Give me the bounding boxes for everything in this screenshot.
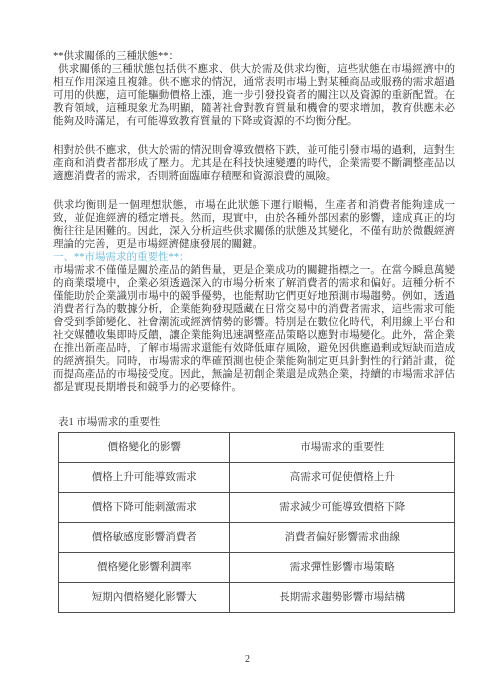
- table-row: 價格上升可能導致需求 高需求可促使價格上升: [59, 463, 455, 493]
- paragraph-equilibrium: 供求均衡則是一個理想狀態，市場在此狀態下運行順暢，生產者和消費者能夠達成一致，並…: [53, 199, 455, 251]
- table-row: 短期內價格變化影響大 長期需求趨勢影響市場結構: [59, 583, 455, 613]
- table-header-cell: 價格變化的影響: [59, 433, 230, 463]
- table-cell: 價格敏感度影響消費者: [59, 523, 230, 553]
- market-demand-table: 價格變化的影響 市場需求的重要性 價格上升可能導致需求 高需求可促使價格上升 價…: [58, 432, 455, 613]
- section-heading-market-demand: 一、**市場需求的重要性**：: [53, 251, 455, 264]
- table-cell: 高需求可促使價格上升: [230, 463, 455, 493]
- table-row: 價格敏感度影響消費者 消費者偏好影響需求曲線: [59, 523, 455, 553]
- table-header-row: 價格變化的影響 市場需求的重要性: [59, 433, 455, 463]
- table-cell: 價格變化影響利潤率: [59, 553, 230, 583]
- document-title: **供求關係的三種狀態**：: [53, 50, 455, 63]
- table-row: 價格下降可能刺激需求 需求減少可能導致價格下降: [59, 493, 455, 523]
- table-header-cell: 市場需求的重要性: [230, 433, 455, 463]
- paragraph-market-demand: 市場需求不僅僅是關於產品的銷售量，更是企業成功的關鍵指標之一。在當今瞬息萬變的商…: [53, 264, 455, 394]
- table-cell: 長期需求趨勢影響市場結構: [230, 583, 455, 613]
- table-row: 價格變化影響利潤率 需求彈性影響市場策略: [59, 553, 455, 583]
- document-page: **供求關係的三種狀態**： 供求關係的三種狀態包括供不應求、供大於需及供求均衡…: [0, 0, 495, 700]
- document-body: **供求關係的三種狀態**： 供求關係的三種狀態包括供不應求、供大於需及供求均衡…: [53, 50, 455, 613]
- page-number: 2: [0, 654, 495, 665]
- table-cell: 需求減少可能導致價格下降: [230, 493, 455, 523]
- paragraph-supply-demand-states: 供求關係的三種狀態包括供不應求、供大於需及供求均衡，這些狀態在市場經濟中的相互作…: [53, 63, 455, 128]
- table-cell: 消費者偏好影響需求曲線: [230, 523, 455, 553]
- paragraph-oversupply: 相對於供不應求，供大於需的情況則會導致價格下跌，並可能引發市場的過剩，這對生產商…: [53, 144, 455, 183]
- table-cell: 價格上升可能導致需求: [59, 463, 230, 493]
- table-caption: 表1 市場需求的重要性: [53, 416, 455, 429]
- table-cell: 短期內價格變化影響大: [59, 583, 230, 613]
- table-cell: 價格下降可能刺激需求: [59, 493, 230, 523]
- table-cell: 需求彈性影響市場策略: [230, 553, 455, 583]
